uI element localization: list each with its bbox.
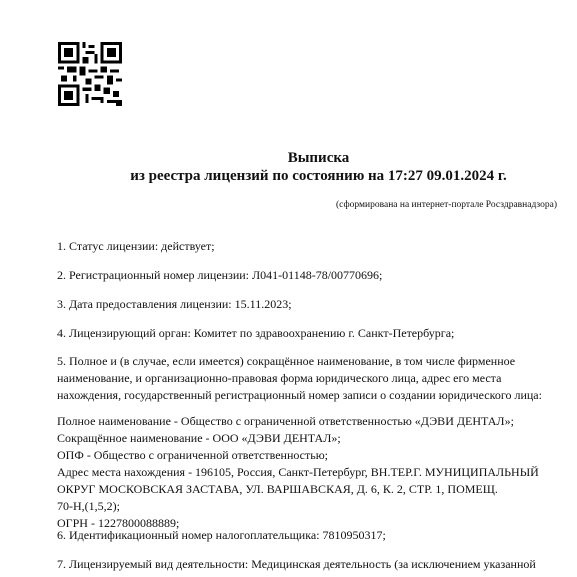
license-number: 2. Регистрационный номер лицензии: Л041-… [57,267,382,284]
section-5-heading: 5. Полное и (в случае, если имеется) сок… [57,353,542,404]
text-line: наименование, и организационно-правовая … [57,370,542,387]
short-name: Сокращённое наименование - ООО «ДЭВИ ДЕН… [57,430,539,447]
organization-details: Полное наименование - Общество с огранич… [57,413,539,532]
qr-code-icon [58,42,122,106]
address-line: 70-Н,(1,5,2); [57,498,539,515]
document-title: Выписка [30,150,577,167]
address-line: ОКРУГ МОСКОВСКАЯ ЗАСТАВА, УЛ. ВАРШАВСКАЯ… [57,481,539,498]
text-line: 5. Полное и (в случае, если имеется) сок… [57,353,542,370]
licensing-authority: 4. Лицензирующий орган: Комитет по здрав… [57,325,454,342]
document-subtitle: из реестра лицензий по состоянию на 17:2… [30,168,577,185]
license-status: 1. Статус лицензии: действует; [57,238,215,255]
text-line: нахождения, государственный регистрацион… [57,387,542,404]
taxpayer-id: 6. Идентификационный номер налогоплатель… [57,527,386,544]
address-line: Адрес места нахождения - 196105, Россия,… [57,464,539,481]
licensed-activity: 7. Лицензируемый вид деятельности: Медиц… [57,556,536,573]
full-name: Полное наименование - Общество с огранич… [57,413,539,430]
legal-form: ОПФ - Общество с ограниченной ответствен… [57,447,539,464]
license-date: 3. Дата предоставления лицензии: 15.11.2… [57,296,292,313]
source-note: (сформирована на интернет-портале Росздр… [336,200,557,210]
